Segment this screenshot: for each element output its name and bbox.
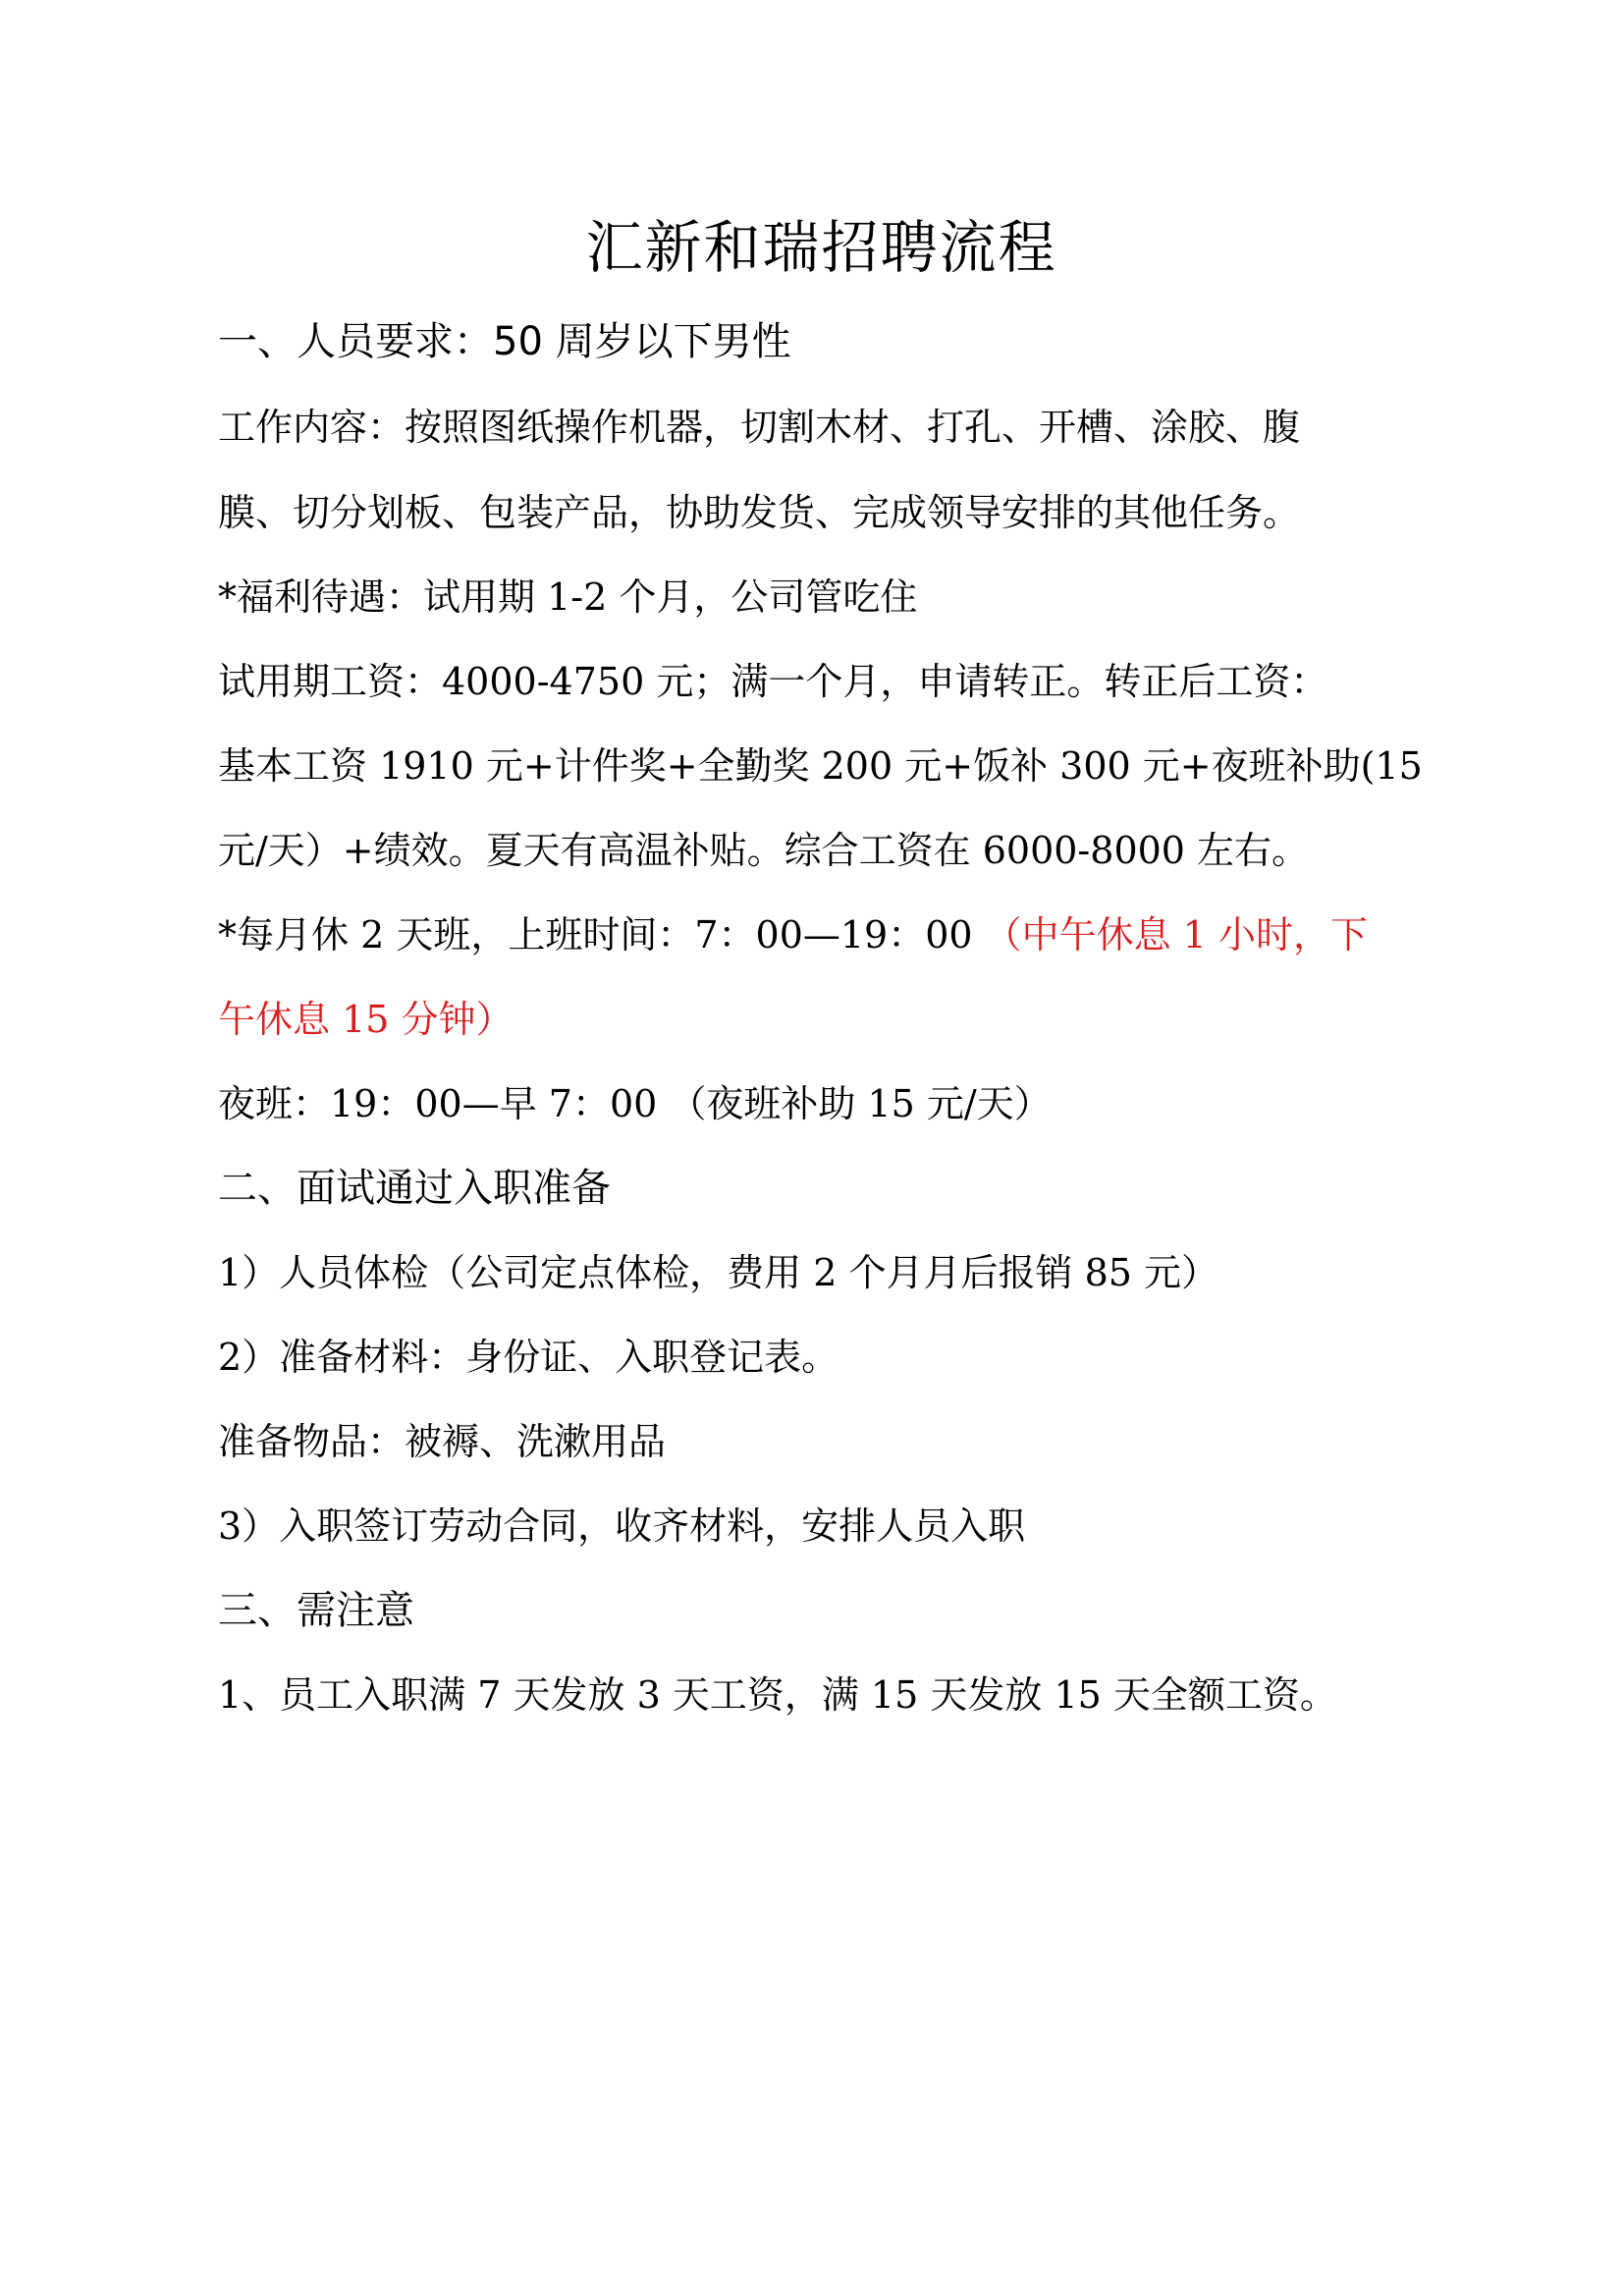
job-content-line-1: 工作内容：按照图纸操作机器，切割木材、打孔、开槽、涂胶、腹 xyxy=(218,398,1435,457)
section-heading-onboarding: 二、面试通过入职准备 xyxy=(218,1159,1435,1218)
job-content-line-2: 膜、切分划板、包装产品，协助发货、完成领导安排的其他任务。 xyxy=(218,483,1435,542)
onboarding-item-2-extra: 准备物品：被褥、洗漱用品 xyxy=(218,1412,1435,1471)
break-note-highlight: （中午休息 1 小时，下 xyxy=(985,913,1368,957)
break-note-highlight-cont: 午休息 15 分钟） xyxy=(218,990,1435,1049)
benefits-line: *福利待遇：试用期 1-2 个月，公司管吃住 xyxy=(218,568,1435,627)
salary-line-3: 元/天）+绩效。夏天有高温补贴。综合工资在 6000-8000 左右。 xyxy=(218,821,1435,880)
salary-line-2: 基本工资 1910 元+计件奖+全勤奖 200 元+饭补 300 元+夜班补助(… xyxy=(218,737,1435,795)
night-shift-line: 夜班：19：00—早 7：00 （夜班补助 15 元/天） xyxy=(218,1074,1435,1133)
salary-line-1: 试用期工资：4000-4750 元；满一个月，申请转正。转正后工资： xyxy=(218,652,1435,711)
document-page: 汇新和瑞招聘流程 一、人员要求：50 周岁以下男性 工作内容：按照图纸操作机器，… xyxy=(0,0,1623,2296)
section-heading-requirements: 一、人员要求：50 周岁以下男性 xyxy=(218,312,1435,371)
onboarding-item-1: 1）人员体检（公司定点体检，费用 2 个月月后报销 85 元） xyxy=(218,1243,1435,1302)
document-title: 汇新和瑞招聘流程 xyxy=(0,208,1623,287)
onboarding-item-2: 2）准备材料：身份证、入职登记表。 xyxy=(218,1328,1435,1387)
onboarding-item-3: 3）入职签订劳动合同，收齐材料，安排人员入职 xyxy=(218,1497,1435,1556)
schedule-hours-text: *每月休 2 天班，上班时间：7：00—19：00 xyxy=(218,913,985,957)
schedule-line: *每月休 2 天班，上班时间：7：00—19：00 （中午休息 1 小时，下 xyxy=(218,905,1435,964)
section-heading-notes: 三、需注意 xyxy=(218,1581,1435,1640)
notes-item-1: 1、员工入职满 7 天发放 3 天工资，满 15 天发放 15 天全额工资。 xyxy=(218,1666,1435,1724)
